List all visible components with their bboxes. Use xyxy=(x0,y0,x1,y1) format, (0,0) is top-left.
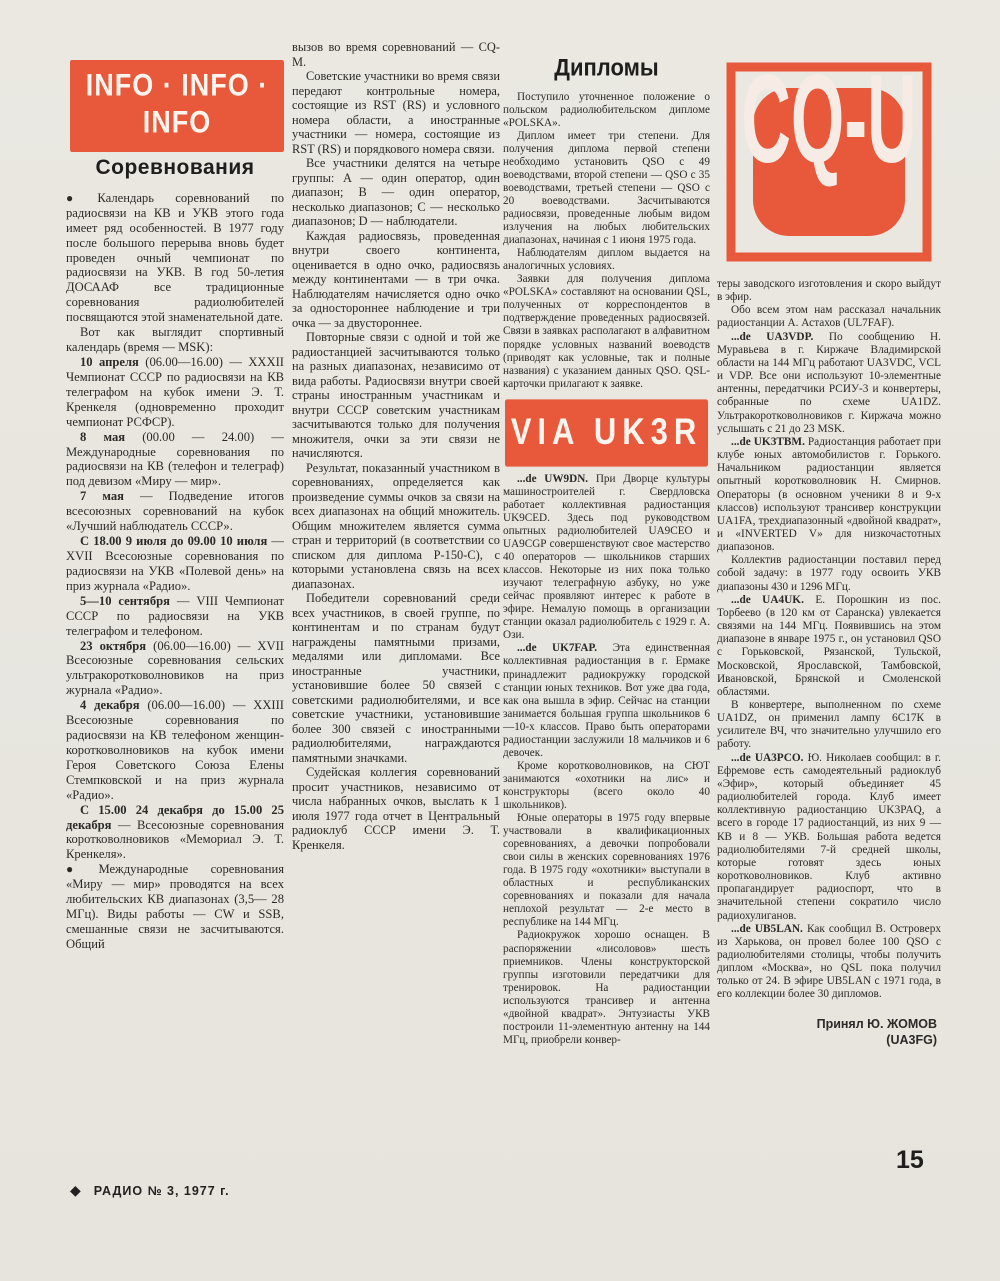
competitions-text: ● Календарь соревнований по радиосвязи н… xyxy=(66,191,284,952)
paragraph: Судейская коллегия соревнований просит у… xyxy=(292,765,500,852)
diamond-icon: ◆ xyxy=(70,1182,82,1199)
paragraph: 23 октября (06.00—16.00) — XVII Всесоюзн… xyxy=(66,639,284,699)
paragraph: ...de UK7FAP. Эта единственная коллектив… xyxy=(503,642,710,759)
paragraph: Заявки для получения диплома «POLSKA» со… xyxy=(503,273,710,390)
paragraph: 5—10 сентября — VIII Чемпионат СССР по р… xyxy=(66,594,284,639)
paragraph-lead: ...de UW9DN. xyxy=(517,473,596,485)
paragraph-lead: 4 декабря xyxy=(80,698,147,712)
paragraph: ...de UW9DN. При Дворце культуры машинос… xyxy=(503,473,710,643)
diplomas-text: Поступило уточненное положение о польско… xyxy=(503,91,710,391)
paragraph: ...de UA3VDP. По сообщению Н. Муравьева … xyxy=(717,331,941,436)
cqu-text: теры заводского изготовления и скоро вый… xyxy=(717,278,941,1002)
paragraph-lead: 10 апреля xyxy=(80,355,145,369)
competitions-text-continued: вызов во время соревнований — CQ-M.Совет… xyxy=(292,40,500,852)
paragraph: 10 апреля (06.00—16.00) — XXXII Чемпиона… xyxy=(66,355,284,430)
paragraph: Поступило уточненное положение о польско… xyxy=(503,91,710,130)
paragraph: ...de UA4UK. Е. Порошкин из пос. Торбеев… xyxy=(717,594,941,699)
competitions-heading: Соревнования xyxy=(66,156,284,181)
signature: Принял Ю. ЖОМОВ (UA3FG) xyxy=(717,1016,941,1049)
paragraph-lead: 5—10 сентября xyxy=(80,594,177,608)
paragraph: ...de UB5LAN. Как сообщил В. Островерх и… xyxy=(717,923,941,1002)
paragraph: В конвертере, выполненном по схеме UA1DZ… xyxy=(717,699,941,752)
paragraph: Радиокружок хорошо оснащен. В распоряжен… xyxy=(503,929,710,1046)
paragraph: теры заводского изготовления и скоро вый… xyxy=(717,278,941,304)
paragraph: ● Календарь соревнований по радиосвязи н… xyxy=(66,191,284,325)
paragraph: ● Международные соревнования «Миру — мир… xyxy=(66,862,284,952)
paragraph: 7 мая — Подведение итогов всесоюзных сор… xyxy=(66,489,284,534)
paragraph: С 15.00 24 декабря до 15.00 25 декабря —… xyxy=(66,803,284,863)
page-number: 15 xyxy=(896,1146,924,1175)
signature-callsign: (UA3FG) xyxy=(717,1032,937,1048)
column-info-competitions: INFO · INFO · INFO Соревнования ● Календ… xyxy=(66,58,284,952)
paragraph: Повторные связи с одной и той же радиост… xyxy=(292,330,500,461)
bullet-icon: ● xyxy=(66,862,98,876)
paragraph-lead: ...de UA4UK. xyxy=(731,594,815,606)
paragraph: Юные операторы в 1975 году впервые участ… xyxy=(503,812,710,929)
paragraph: Каждая радиосвязь, проведенная внутри св… xyxy=(292,229,500,331)
column-diplomas-viauk3r: Дипломы Поступило уточненное положение о… xyxy=(503,55,710,1047)
column-competitions-continued: вызов во время соревнований — CQ-M.Совет… xyxy=(292,40,500,852)
diplomas-heading: Дипломы xyxy=(503,54,710,82)
paragraph-lead: ...de UA3VDP. xyxy=(731,331,829,343)
paragraph: Советские участники во время связи перед… xyxy=(292,69,500,156)
paragraph: ...de UA3PCO. Ю. Николаев сообщил: в г. … xyxy=(717,752,941,923)
paragraph-lead: ...de UB5LAN. xyxy=(731,923,807,935)
paragraph: С 18.00 9 июля до 09.00 10 июля — XVII В… xyxy=(66,534,284,594)
paragraph-lead: С 18.00 9 июля до 09.00 10 июля xyxy=(80,534,271,548)
paragraph: Наблюдателям диплом выдается на аналогич… xyxy=(503,247,710,273)
paragraph-lead: ...de UK3TBM. xyxy=(731,436,808,448)
paragraph: Все участники делятся на четыре группы: … xyxy=(292,156,500,229)
paragraph: Результат, показанный участником в сорев… xyxy=(292,461,500,592)
cq-u-logo-text: CQ-U xyxy=(741,62,916,189)
signature-name: Принял Ю. ЖОМОВ xyxy=(717,1016,937,1032)
paragraph: 4 декабря (06.00—16.00) — XXIII Всесоюзн… xyxy=(66,698,284,802)
magazine-page: INFO · INFO · INFO Соревнования ● Календ… xyxy=(0,0,1000,1281)
paragraph-lead: 8 мая xyxy=(80,430,142,444)
column-cqu: CQ-U теры заводского изготовления и скор… xyxy=(717,58,941,1048)
via-uk3r-banner: VIA UK3R xyxy=(505,399,708,466)
paragraph: вызов во время соревнований — CQ-M. xyxy=(292,40,500,69)
journal-issue-label: РАДИО № 3, 1977 г. xyxy=(94,1184,230,1198)
paragraph-lead: 7 мая xyxy=(80,489,140,503)
footer-journal-line: ◆ РАДИО № 3, 1977 г. xyxy=(70,1182,230,1199)
paragraph-lead: ...de UA3PCO. xyxy=(731,752,808,764)
paragraph: ...de UK3TBM. Радиостанция работает при … xyxy=(717,436,941,554)
paragraph: Обо всем этом нам рассказал начальник ра… xyxy=(717,304,941,330)
info-banner: INFO · INFO · INFO xyxy=(70,60,284,152)
paragraph: 8 мая (00.00 — 24.00) — Международные со… xyxy=(66,430,284,490)
via-uk3r-text: ...de UW9DN. При Дворце культуры машинос… xyxy=(503,473,710,1047)
paragraph-lead: ...de UK7FAP. xyxy=(517,642,613,654)
paragraph-lead: 23 октября xyxy=(80,639,153,653)
paragraph: Победители соревнований среди всех участ… xyxy=(292,591,500,765)
paragraph-lead: С 15.00 24 декабря до 15.00 25 декабря xyxy=(66,803,284,832)
paragraph: Коллектив радиостанции поставил перед со… xyxy=(717,554,941,593)
bullet-icon: ● xyxy=(66,191,97,205)
paragraph: Диплом имеет три степени. Для получения … xyxy=(503,130,710,247)
paragraph: Кроме коротковолновиков, на СЮТ занимают… xyxy=(503,760,710,812)
cq-u-logo-icon: CQ-U xyxy=(726,62,932,262)
paragraph: Вот как выглядит спортивный календарь (в… xyxy=(66,325,284,355)
